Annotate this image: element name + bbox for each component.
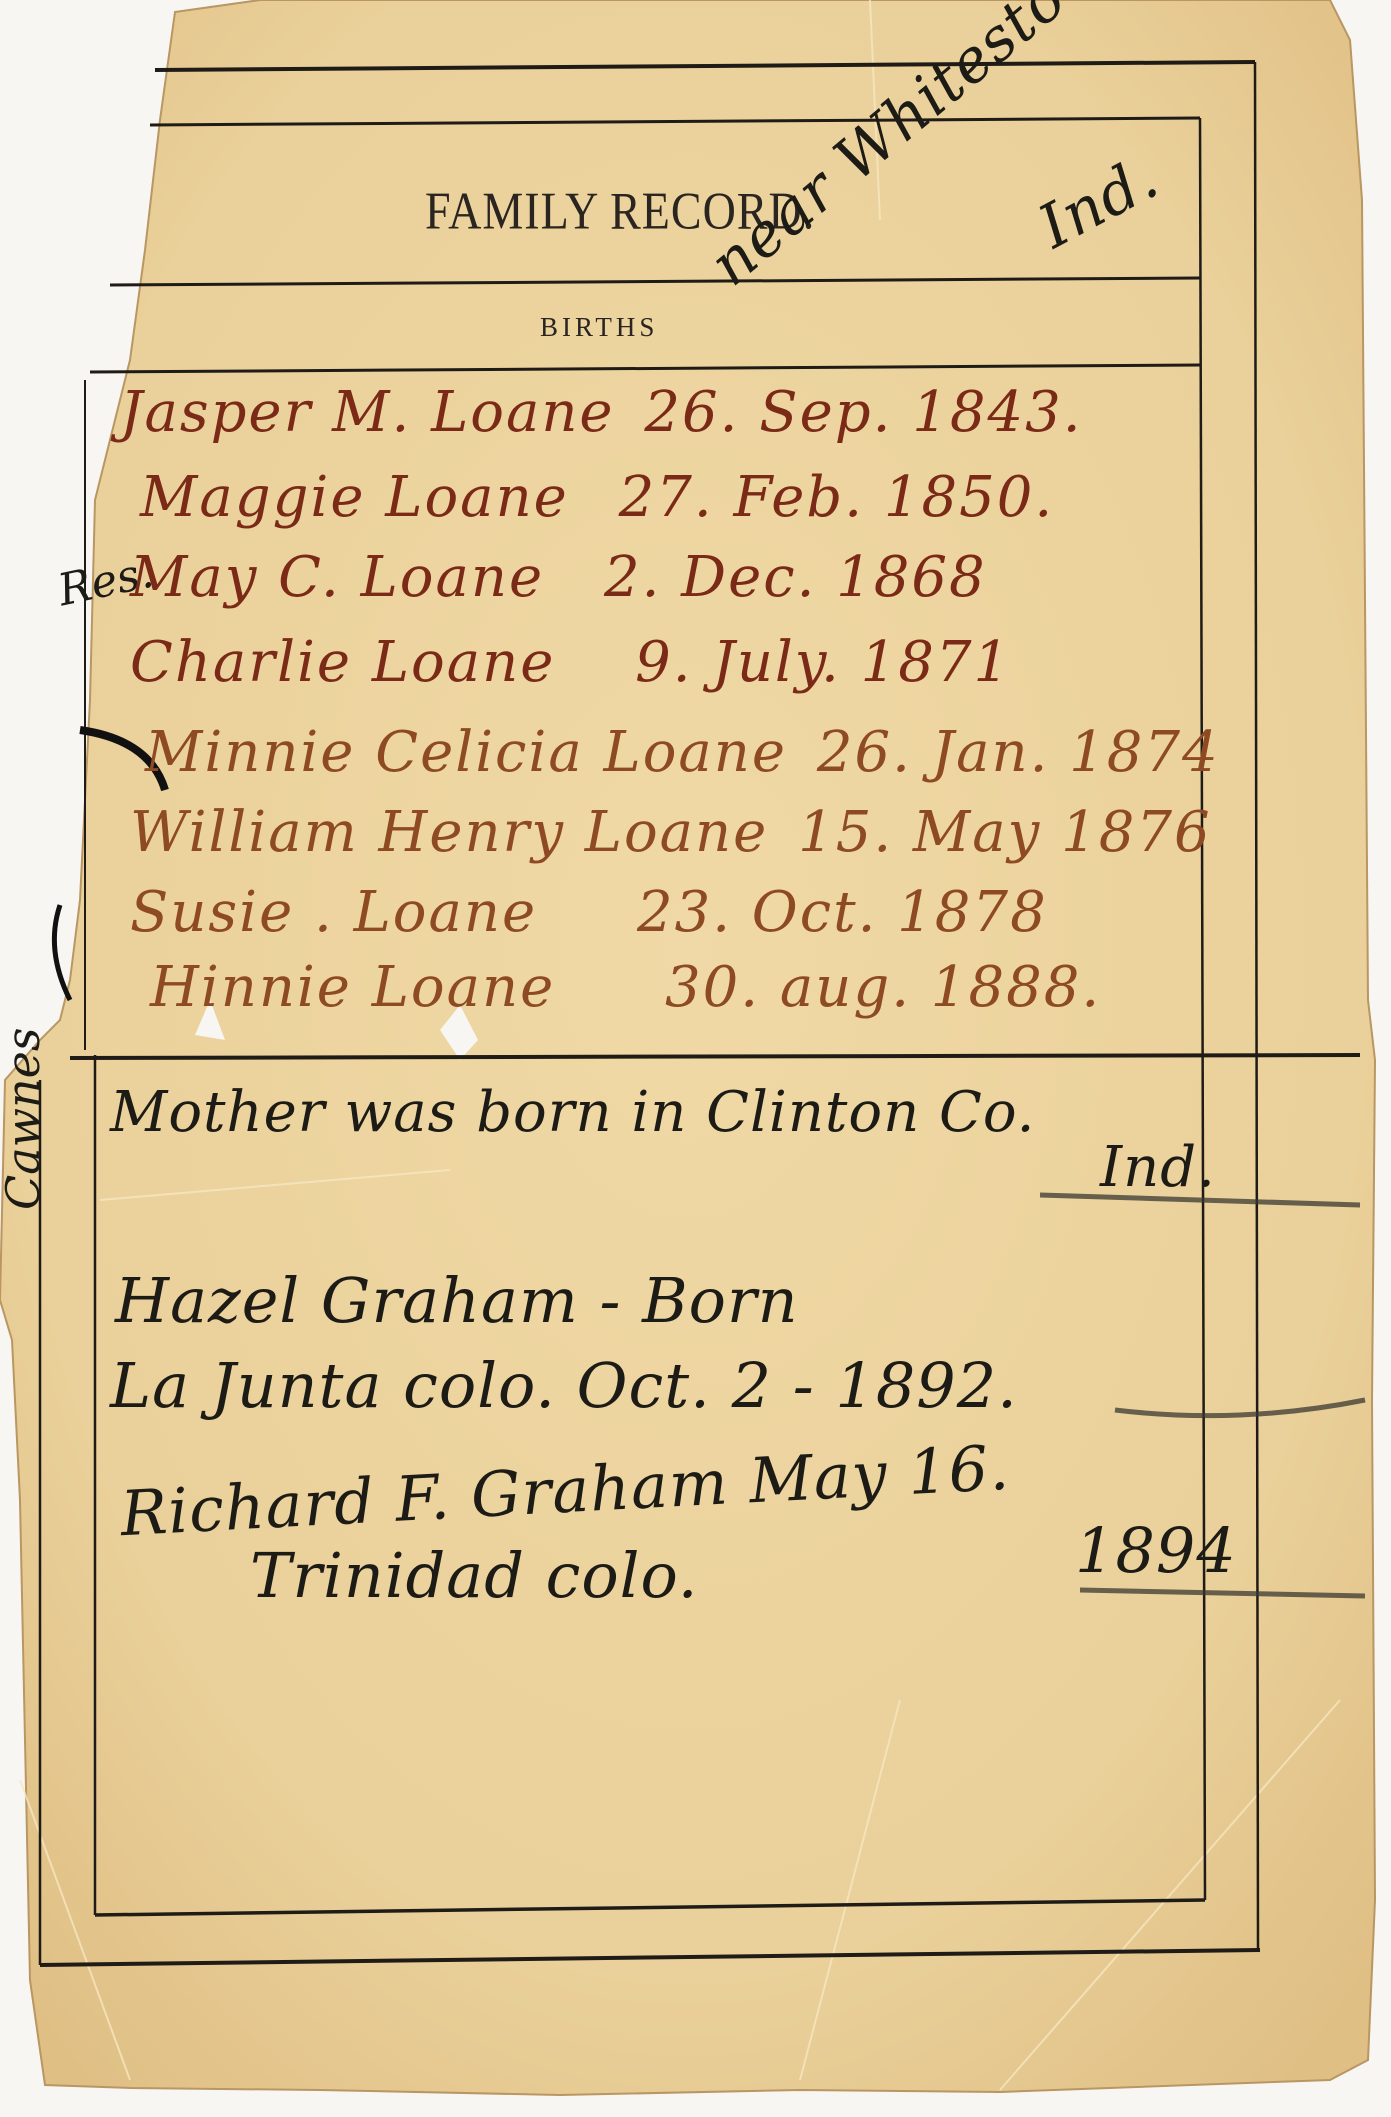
birth-date: 26. Jan. 1874: [817, 720, 1220, 785]
paper-sheet: [0, 0, 1391, 2117]
birth-date: 26. Sep. 1843.: [644, 380, 1082, 445]
birth-entry: Jasper M. Loane 26. Sep. 1843.: [120, 385, 1083, 441]
note-hazel-born: Hazel Graham - Born: [115, 1270, 799, 1332]
paper-shape: [0, 0, 1375, 2095]
birth-date: 30. aug. 1888.: [665, 955, 1101, 1020]
margin-note-vertical: Cawnes: [0, 1028, 46, 1210]
birth-date: 2. Dec. 1868: [604, 545, 987, 610]
birth-name: Hinnie Loane: [150, 955, 555, 1020]
birth-entry: Minnie Celicia Loane 26. Jan. 1874: [145, 725, 1220, 781]
birth-entry: William Henry Loane 15. May 1876: [130, 805, 1212, 861]
birth-entry: Charlie Loane 9. July. 1871: [130, 635, 1011, 691]
birth-date: 23. Oct. 1878: [637, 880, 1048, 945]
birth-date: 27. Feb. 1850.: [619, 465, 1055, 530]
birth-entry: Maggie Loane 27. Feb. 1850.: [140, 470, 1054, 526]
birth-name: May C. Loane: [130, 545, 544, 610]
birth-date: 15. May 1876: [798, 800, 1212, 865]
birth-name: Jasper M. Loane: [120, 380, 615, 445]
note-richard-year: 1894: [1075, 1520, 1237, 1582]
note-hazel-place-date: La Junta colo. Oct. 2 - 1892.: [110, 1355, 1018, 1417]
section-heading-births: BIRTHS: [540, 312, 658, 343]
family-record-page: FAMILY RECORD. BIRTHS near Whitestown In…: [0, 0, 1391, 2117]
birth-entry: Hinnie Loane 30. aug. 1888.: [150, 960, 1101, 1016]
birth-name: Maggie Loane: [140, 465, 569, 530]
birth-name: Susie . Loane: [130, 880, 537, 945]
birth-entry: Susie . Loane 23. Oct. 1878: [130, 885, 1048, 941]
birth-entry: May C. Loane 2. Dec. 1868: [130, 550, 987, 606]
birth-name: Charlie Loane: [130, 630, 555, 695]
note-mother-birthplace-state: Ind.: [1100, 1140, 1216, 1196]
note-richard-place: Trinidad colo.: [250, 1545, 698, 1607]
birth-name: William Henry Loane: [130, 800, 768, 865]
birth-date: 9. July. 1871: [635, 630, 1011, 695]
birth-name: Minnie Celicia Loane: [145, 720, 787, 785]
note-mother-birthplace: Mother was born in Clinton Co.: [110, 1085, 1035, 1141]
